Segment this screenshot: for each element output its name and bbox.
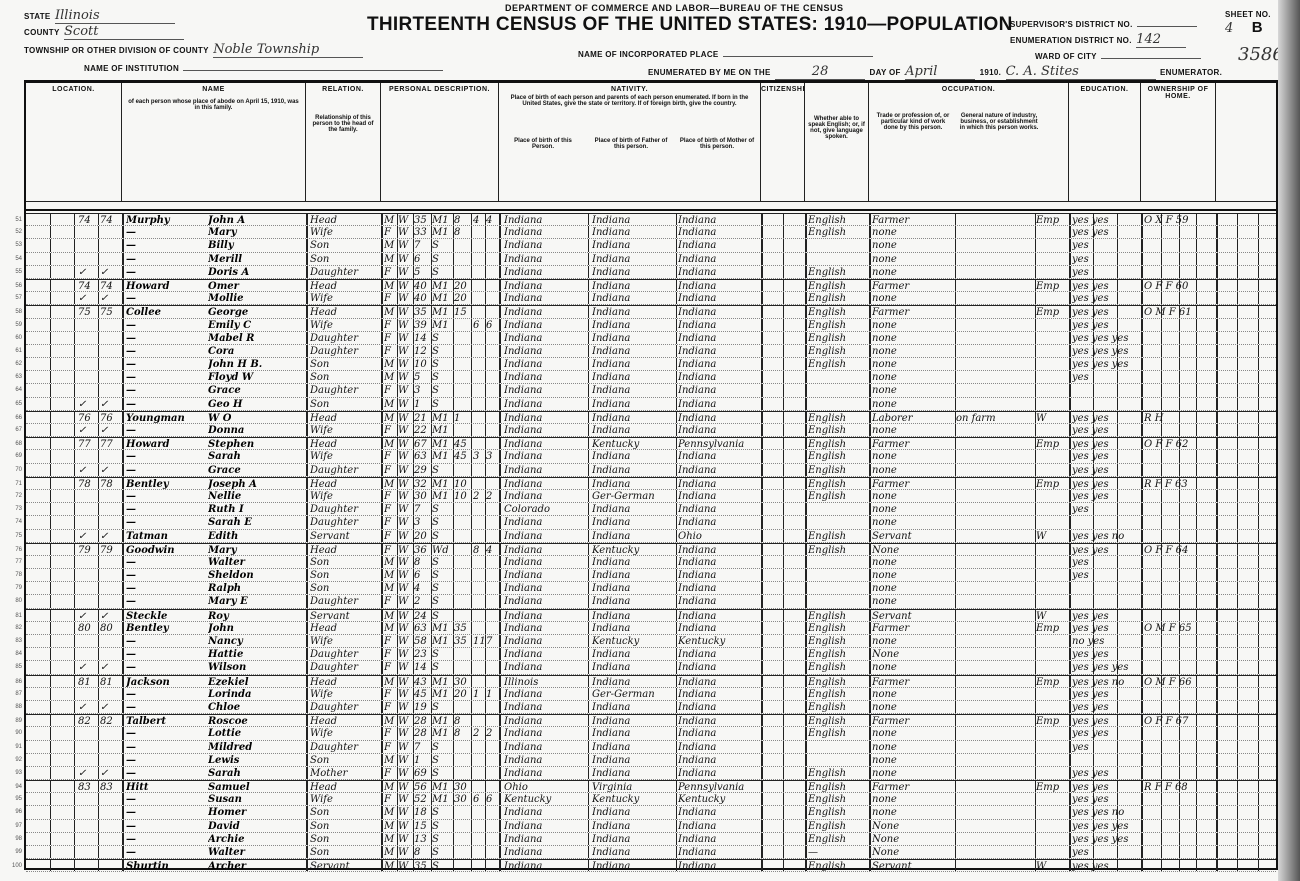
column-divider [805,319,807,331]
birthplace-mother-cell: Indiana [678,676,762,689]
column-divider [1161,701,1162,713]
column-divider [1035,503,1036,515]
birthplace-person-cell: Indiana [504,767,588,780]
column-divider [588,424,589,436]
column-divider [1035,741,1036,753]
column-divider [869,424,871,436]
line-number: 94 [4,781,22,794]
column-divider [499,226,501,238]
column-divider [783,253,784,265]
table-row: 100100ShurtinArcherServantMW35SIndianaIn… [26,859,1276,872]
column-divider [1216,569,1218,581]
column-divider [1258,820,1259,832]
age-cell: 1 [414,398,432,411]
column-divider [306,754,308,766]
years-married-cell: 30 [454,793,470,806]
column-divider [122,412,124,423]
relation-cell: Daughter [310,503,380,516]
language-cell: English [808,319,868,332]
column-divider [50,292,51,304]
age-cell: 8 [414,556,432,569]
column-divider [122,239,124,251]
column-divider [869,715,871,726]
column-divider [50,239,51,251]
column-divider [1196,530,1197,542]
column-divider [98,478,99,489]
column-divider [98,582,99,594]
column-divider [783,793,784,805]
column-divider [381,332,383,344]
birthplace-person-cell: Indiana [504,371,588,384]
column-divider [1035,688,1036,700]
column-divider [381,754,383,766]
column-divider [50,661,51,673]
column-divider [955,464,956,476]
column-divider [485,741,486,753]
sex-cell: F [384,595,396,608]
column-divider [869,319,871,331]
column-divider [50,214,51,225]
relation-cell: Head [310,478,380,491]
column-divider [471,648,472,660]
column-divider [499,648,501,660]
race-cell: W [398,754,412,767]
sex-cell: F [384,767,396,780]
column-divider [471,701,472,713]
birthplace-father-cell: Ger-German [592,490,676,503]
col-ownership: OWNERSHIP OF HOME. [1141,83,1216,201]
column-divider [1069,214,1071,225]
column-divider [805,767,807,779]
age-cell: 1 [414,754,432,767]
birthplace-mother-cell: Indiana [678,266,762,279]
column-divider [588,319,589,331]
relation-cell: Head [310,412,380,425]
column-divider [1216,503,1218,515]
race-cell: W [398,860,412,873]
children-born-cell: 6 [473,793,485,806]
column-divider [471,478,472,489]
occupation-cell: none [872,595,952,608]
column-divider [676,635,677,647]
column-divider [1141,741,1143,753]
column-divider [1035,793,1036,805]
birthplace-father-cell: Indiana [592,610,676,623]
column-divider [98,688,99,700]
column-divider [50,806,51,818]
column-divider [1258,569,1259,581]
column-divider [1258,226,1259,238]
column-divider [1117,398,1118,410]
surname-cell: — [126,464,206,477]
birthplace-person-cell: Indiana [504,450,588,463]
table-row: 94948383HittSamuelHeadMW56M130OhioVirgin… [26,780,1276,793]
education-cell: yes yes yes [1072,661,1140,674]
race-cell: W [398,806,412,819]
surname-cell: — [126,648,206,661]
sex-cell: M [384,806,396,819]
column-divider [805,503,807,515]
birthplace-father-cell: Indiana [592,530,676,543]
employment-class-cell: Emp [1036,478,1068,491]
language-cell: English [808,438,868,451]
relation-cell: Wife [310,424,380,437]
column-divider [381,292,383,304]
column-divider [805,806,807,818]
column-divider [1141,280,1143,291]
marital-status-cell: M1 [432,781,452,794]
age-cell: 6 [414,253,432,266]
column-divider [588,530,589,542]
column-divider [74,226,75,238]
column-divider [1141,781,1143,792]
column-divider [499,306,501,317]
column-divider [1258,358,1259,370]
years-married-cell: 20 [454,292,470,305]
line-number: 90 [4,727,22,740]
relation-cell: Daughter [310,595,380,608]
column-divider [1216,754,1218,766]
birthplace-person-cell: Indiana [504,358,588,371]
birthplace-father-cell: Indiana [592,727,676,740]
column-divider [453,332,454,344]
race-cell: W [398,635,412,648]
column-divider [588,280,589,291]
birthplace-father-cell: Kentucky [592,793,676,806]
sex-cell: F [384,450,396,463]
column-divider [98,306,99,317]
column-divider [1258,676,1259,687]
column-divider [98,464,99,476]
surname-cell: — [126,582,206,595]
column-divider [1161,398,1162,410]
column-divider [1141,754,1143,766]
family-number-cell: ✓ [100,424,120,437]
birthplace-father-cell: Indiana [592,266,676,279]
column-divider [98,860,99,871]
table-row: 7777—WalterSonMW8SIndianaIndianaIndianan… [26,556,1276,569]
column-divider [74,622,75,634]
column-divider [1237,569,1238,581]
column-divider [381,398,383,410]
column-divider [1069,688,1071,700]
column-divider [1069,398,1071,410]
column-divider [783,292,784,304]
column-divider [122,846,124,858]
line-number: 57 [4,292,22,305]
column-divider [588,767,589,779]
sex-cell: F [384,688,396,701]
column-divider [1196,371,1197,383]
column-divider [1216,860,1218,871]
column-divider [471,781,472,792]
table-row: 89898282TalbertRoscoeHeadMW28M18IndianaI… [26,714,1276,727]
birthplace-person-cell: Indiana [504,544,588,557]
employment-class-cell: Emp [1036,781,1068,794]
column-divider [122,806,124,818]
education-cell: yes yes [1072,226,1140,239]
column-divider [1196,556,1197,568]
birthplace-person-cell: Indiana [504,688,588,701]
sex-cell: F [384,424,396,437]
dwelling-number-cell: ✓ [78,424,98,437]
given-name-cell: Merill [208,253,304,266]
marital-status-cell: S [432,503,452,516]
column-divider [381,384,383,396]
column-divider [74,438,75,449]
column-divider [955,239,956,251]
given-name-cell: Wilson [208,661,304,674]
birthplace-father-cell: Indiana [592,412,676,425]
column-divider [74,635,75,647]
column-divider [869,701,871,713]
relation-cell: Servant [310,860,380,873]
birthplace-father-cell: Indiana [592,464,676,477]
column-divider [1161,226,1162,238]
column-divider [50,412,51,423]
birthplace-mother-cell: Indiana [678,503,762,516]
years-married-cell: 35 [454,635,470,648]
age-cell: 7 [414,741,432,754]
column-divider [1258,450,1259,462]
column-divider [471,610,472,621]
table-row: 8484—HattieDaughterFW23SIndianaIndianaIn… [26,648,1276,661]
occupation-cell: none [872,345,952,358]
years-married-cell: 8 [454,214,470,227]
column-divider [122,860,124,871]
column-divider [1216,767,1218,779]
column-divider [1179,490,1180,502]
column-divider [471,345,472,357]
relation-cell: Wife [310,793,380,806]
column-divider [1179,793,1180,805]
home-ownership-cell: O F F 62 [1144,438,1218,451]
column-divider [676,516,677,528]
column-divider [1093,384,1094,396]
column-divider [122,280,124,291]
family-number-cell: 83 [100,781,120,794]
sex-cell: F [384,727,396,740]
language-cell: English [808,450,868,463]
column-divider [1216,345,1218,357]
education-cell: yes [1072,253,1140,266]
line-number: 79 [4,582,22,595]
column-divider [805,676,807,687]
column-divider [1258,266,1259,278]
column-divider [588,450,589,462]
age-cell: 20 [414,530,432,543]
years-married-cell: 35 [454,622,470,635]
race-cell: W [398,569,412,582]
column-divider [499,767,501,779]
age-cell: 7 [414,503,432,516]
marital-status-cell: S [432,661,452,674]
age-cell: 14 [414,661,432,674]
birthplace-mother-cell: Indiana [678,556,762,569]
column-divider [805,569,807,581]
column-divider [955,319,956,331]
age-cell: 21 [414,412,432,425]
column-divider [485,610,486,621]
marital-status-cell: M1 [432,688,452,701]
column-divider [676,424,677,436]
column-divider [805,292,807,304]
race-cell: W [398,741,412,754]
column-divider [1161,635,1162,647]
birthplace-father-cell: Virginia [592,781,676,794]
marital-status-cell: S [432,741,452,754]
column-divider [499,280,501,291]
column-divider [50,530,51,542]
column-divider [783,412,784,423]
language-cell: English [808,544,868,557]
column-divider [1069,239,1071,251]
column-divider [485,226,486,238]
language-cell: English [808,490,868,503]
column-divider [1216,226,1218,238]
marital-status-cell: S [432,820,452,833]
relation-cell: Son [310,820,380,833]
marital-status-cell: S [432,595,452,608]
column-divider [588,833,589,845]
column-divider [471,688,472,700]
sex-cell: M [384,306,396,319]
relation-cell: Wife [310,450,380,463]
column-divider [1237,398,1238,410]
column-divider [1196,292,1197,304]
dwelling-number-cell: 74 [78,214,98,227]
language-cell: English [808,464,868,477]
birthplace-father-cell: Indiana [592,846,676,859]
column-divider [306,635,308,647]
column-divider [1069,412,1071,423]
sex-cell: M [384,371,396,384]
column-divider [588,595,589,607]
column-divider [955,846,956,858]
line-number: 87 [4,688,22,701]
column-divider [588,569,589,581]
column-divider [783,358,784,370]
column-divider [1179,701,1180,713]
column-divider [1141,530,1143,542]
age-cell: 58 [414,635,432,648]
column-divider [485,253,486,265]
birthplace-mother-cell: Indiana [678,319,762,332]
marital-status-cell: M1 [432,412,452,425]
column-divider [805,846,807,858]
race-cell: W [398,266,412,279]
given-name-cell: Lorinda [208,688,304,701]
sex-cell: F [384,345,396,358]
column-divider [306,701,308,713]
birthplace-mother-cell: Indiana [678,516,762,529]
occupation-cell: none [872,319,952,332]
column-divider [1141,424,1143,436]
birthplace-mother-cell: Kentucky [678,793,762,806]
column-divider [1035,595,1036,607]
enumerator-name: C. A. Stites [1006,64,1156,80]
column-divider [1196,253,1197,265]
column-divider [381,793,383,805]
column-divider [381,767,383,779]
birthplace-father-cell: Indiana [592,306,676,319]
column-divider [588,635,589,647]
column-divider [50,438,51,449]
column-divider [1237,306,1238,317]
column-divider [588,582,589,594]
children-living-cell: 7 [486,635,498,648]
race-cell: W [398,306,412,319]
column-divider [955,306,956,317]
education-cell: yes yes [1072,450,1140,463]
occupation-cell: none [872,635,952,648]
column-divider [453,860,454,871]
birthplace-person-cell: Indiana [504,490,588,503]
column-divider [499,253,501,265]
column-divider [869,450,871,462]
column-divider [306,767,308,779]
dwelling-number-cell: 76 [78,412,98,425]
relation-cell: Head [310,280,380,293]
line-number: 62 [4,358,22,371]
column-divider [499,450,501,462]
birthplace-mother-cell: Indiana [678,715,762,728]
surname-cell: — [126,569,206,582]
line-number: 73 [4,503,22,516]
column-divider [1179,464,1180,476]
column-divider [381,622,383,634]
column-divider [1117,754,1118,766]
line-number: 61 [4,345,22,358]
dwelling-number-cell: ✓ [78,610,98,623]
column-divider [98,266,99,278]
census-sheet: State Illinois County Scott Township or … [0,0,1300,881]
column-divider [955,781,956,792]
column-divider [471,833,472,845]
column-divider [1179,595,1180,607]
given-name-cell: Ralph [208,582,304,595]
language-cell: English [808,424,868,437]
column-divider [588,358,589,370]
language-cell: English [808,688,868,701]
line-number: 54 [4,253,22,266]
age-cell: 36 [414,544,432,557]
race-cell: W [398,226,412,239]
column-divider [1196,424,1197,436]
column-divider [1196,266,1197,278]
column-divider [381,676,383,687]
surname-cell: — [126,661,206,674]
column-divider [98,490,99,502]
column-divider [74,833,75,845]
line-number: 78 [4,569,22,582]
birthplace-father-cell: Indiana [592,384,676,397]
column-divider [805,438,807,449]
birthplace-person-cell: Indiana [504,556,588,569]
column-divider [381,253,383,265]
birthplace-person-cell: Indiana [504,661,588,674]
column-divider [74,292,75,304]
birthplace-mother-cell: Indiana [678,582,762,595]
column-divider [955,582,956,594]
column-divider [485,833,486,845]
sheet-number-field: Sheet No. 4 B [1225,10,1271,37]
column-divider [1161,516,1162,528]
sex-cell: M [384,556,396,569]
birthplace-father-cell: Indiana [592,833,676,846]
race-cell: W [398,464,412,477]
column-divider [1161,661,1162,673]
